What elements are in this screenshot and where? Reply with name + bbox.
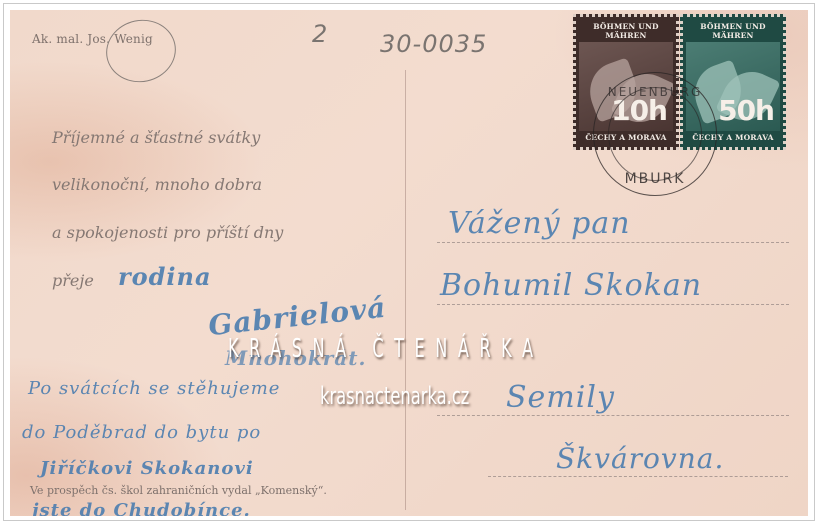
greeting-line-2: velikonoční, mnoho dobra [52, 175, 262, 194]
greeting-line-3: a spokojenosti pro příští dny [52, 223, 283, 242]
address-line-4 [488, 476, 788, 477]
address-line-2 [437, 304, 789, 305]
watermark-title: KRÁSNÁ ČTENÁŘKA [228, 334, 544, 364]
stamp-value: 50h [718, 94, 774, 127]
address-line-3 [437, 415, 789, 416]
postcard: Ak. mal. Jos. Wenig 2 30-0035 Příjemné a… [10, 10, 808, 516]
pencil-number: 2 [312, 20, 327, 48]
greeting-line-1: Příjemné a šťastné svátky [52, 128, 260, 147]
watermark-url: krasnactenarka.cz [320, 382, 469, 410]
address-line-1 [437, 242, 789, 243]
postmark-top-text: NEUENBURG [594, 85, 716, 99]
postmark: NEUENBURG MBURK [593, 72, 717, 196]
handwritten-message-line-2: do Poděbrad do bytu po [22, 422, 261, 443]
postmark-bottom-text: MBURK [594, 171, 716, 187]
address-city: Semily [506, 380, 615, 415]
handwritten-message-line-4: jste do Chudobínce. [32, 500, 251, 516]
postcard-divider [405, 70, 406, 510]
address-salutation: Vážený pan [448, 206, 631, 241]
pencil-circle-mark [100, 13, 181, 88]
greeting-line-4: přeje [52, 271, 94, 290]
address-street: Škvárovna. [556, 442, 724, 475]
stamp-header: BÖHMEN UND MÄHREN [579, 20, 673, 42]
stamp-header: BÖHMEN UND MÄHREN [686, 20, 780, 42]
handwritten-message-line-3: Jiříčkovi Skokanovi [40, 458, 254, 479]
pencil-code: 30-0035 [380, 30, 487, 58]
handwritten-family: rodina [118, 262, 212, 291]
handwritten-message-line-1: Po svátcích se stěhujeme [28, 378, 280, 399]
publisher-line: Ve prospěch čs. škol zahraničních vydal … [30, 484, 327, 497]
address-name: Bohumil Skokan [440, 268, 702, 303]
